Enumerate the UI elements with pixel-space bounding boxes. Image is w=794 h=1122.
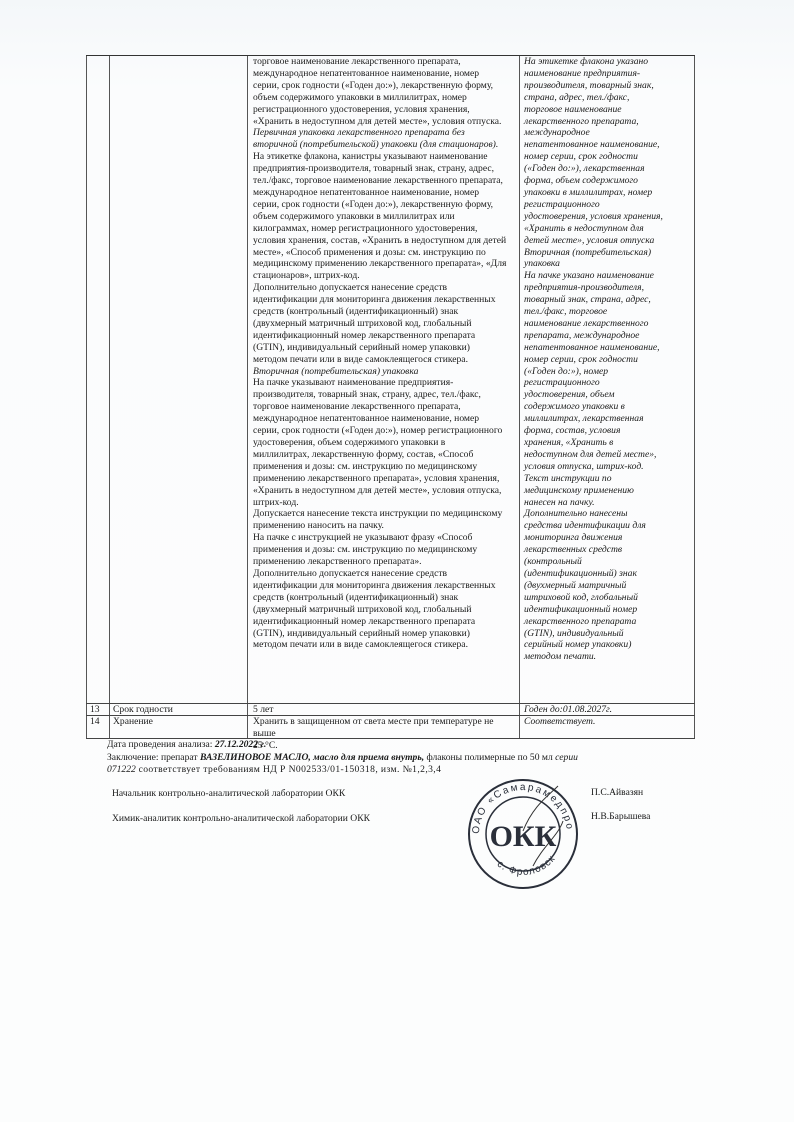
- requirement-paragraph: На пачке указывают наименование предприя…: [253, 377, 516, 651]
- parameter-name: Срок годности: [109, 704, 247, 715]
- row-number: [86, 56, 109, 703]
- requirement-text: Хранить в защищенном от света месте при …: [247, 716, 519, 738]
- conclusion: Заключение: препарат ВАЗЕЛИНОВОЕ МАСЛО, …: [107, 752, 717, 776]
- signatory-name: П.С.Айвазян: [591, 787, 643, 798]
- row-number: 14: [86, 716, 109, 738]
- analysis-date: Дата проведения анализа: 27.12.2022 г.: [107, 739, 266, 751]
- table-row-labeling: торговое наименование лекарственного пре…: [86, 55, 695, 704]
- analysis-table: торговое наименование лекарственного пре…: [86, 55, 695, 739]
- requirement-paragraph: На этикетке флакона, канистры указывают …: [253, 151, 516, 365]
- requirement-text: торговое наименование лекарственного пре…: [247, 56, 519, 703]
- table-row: 13 Срок годности 5 лет Годен до:01.08.20…: [86, 704, 695, 716]
- result-text: Годен до:01.08.2027г.: [519, 704, 695, 715]
- product-name: ВАЗЕЛИНОВОЕ МАСЛО, масло для приема внут…: [200, 752, 424, 763]
- signatory-name: Н.В.Барышева: [591, 811, 650, 822]
- parameter-name: [109, 56, 247, 703]
- table-row: 14 Хранение Хранить в защищенном от свет…: [86, 716, 695, 739]
- signatory-position: Начальник контрольно-аналитической лабор…: [112, 788, 345, 800]
- requirement-paragraph: торговое наименование лекарственного пре…: [253, 56, 516, 127]
- requirement-subheading: Первичная упаковка лекарственного препар…: [253, 127, 516, 151]
- date-value: 27.12.2022 г.: [215, 739, 266, 750]
- parameter-name: Хранение: [109, 716, 247, 738]
- requirement-subheading: Вторичная (потребительская) упаковка: [253, 366, 516, 378]
- signatory-position: Химик-аналитик контрольно-аналитической …: [112, 813, 370, 825]
- document-page: торговое наименование лекарственного пре…: [0, 0, 794, 1122]
- result-text: На этикетке флакона указано наименование…: [519, 56, 695, 703]
- series-value: 071222: [107, 764, 136, 775]
- requirement-text: 5 лет: [247, 704, 519, 715]
- official-stamp-icon: ОАО «Самарамедпром» с. Фроловское ОКК: [463, 776, 583, 892]
- date-label: Дата проведения анализа:: [107, 739, 215, 750]
- conclusion-tail: соответствует требованиям НД Р N002533/0…: [136, 764, 442, 775]
- product-form: флаконы полимерные по 50 мл: [424, 752, 555, 763]
- result-text: Соответствует.: [519, 716, 695, 738]
- row-number: 13: [86, 704, 109, 715]
- stamp-center: ОКК: [490, 820, 557, 853]
- conclusion-label: Заключение: препарат: [107, 752, 200, 763]
- series-label: серии: [555, 752, 578, 763]
